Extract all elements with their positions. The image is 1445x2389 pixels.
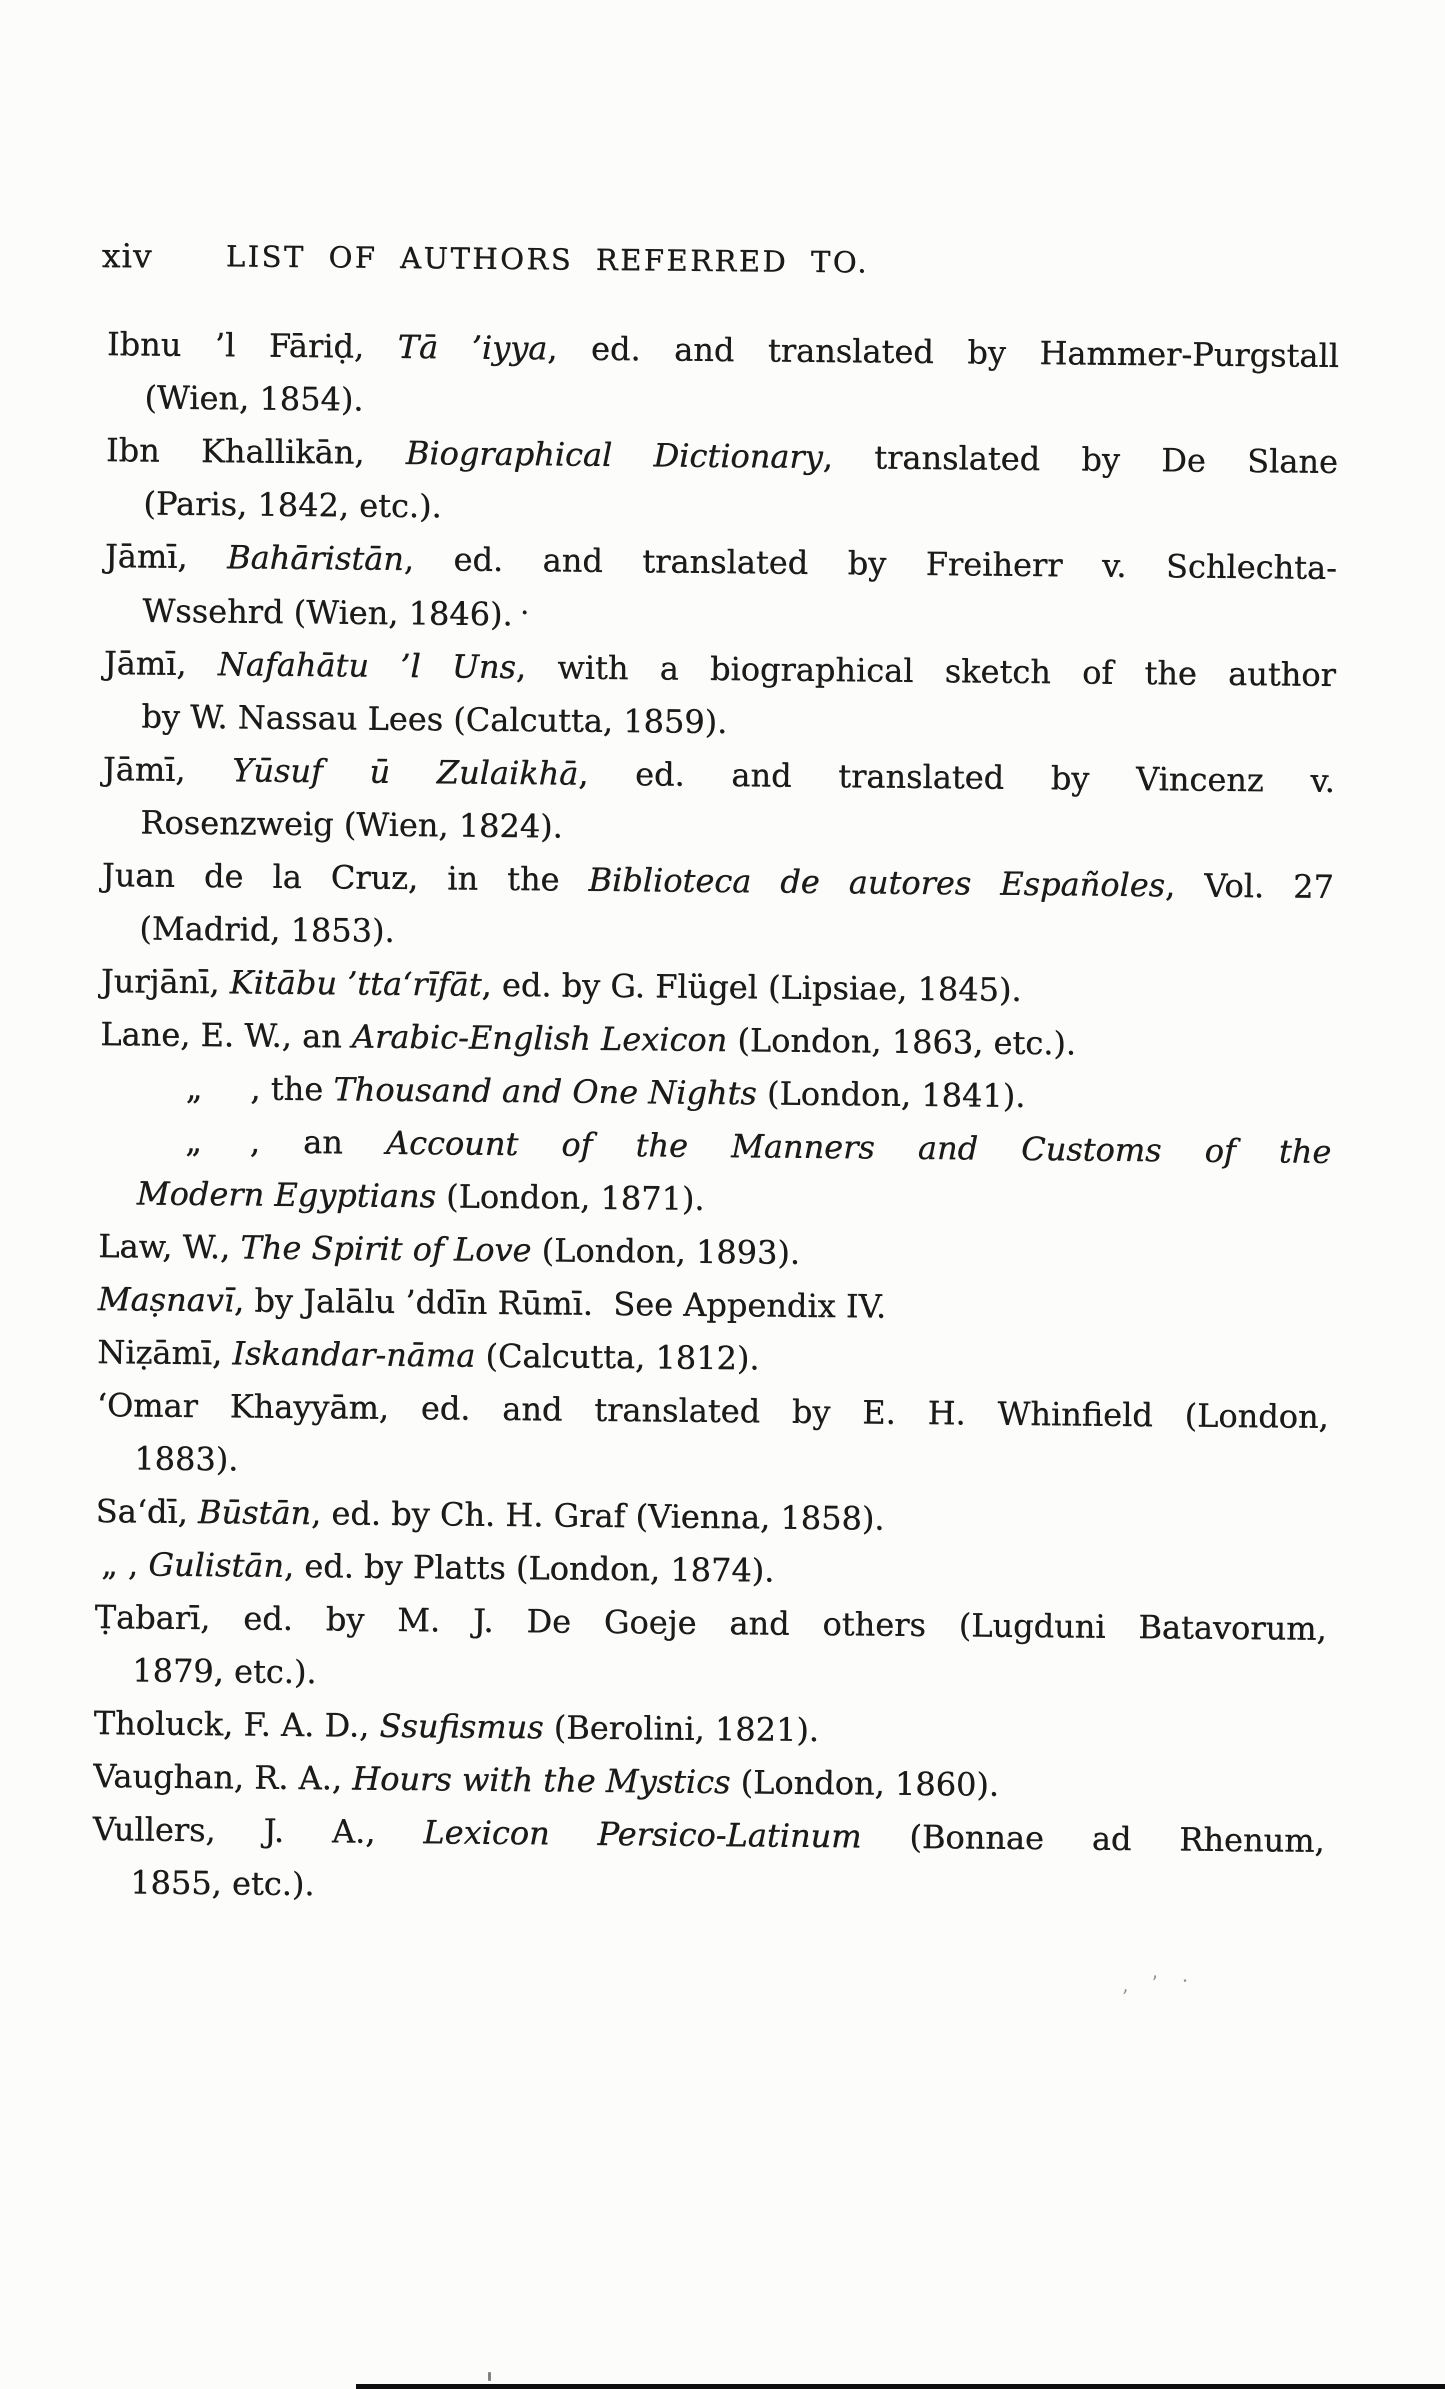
entry-text: (London, 1893). [531, 1231, 800, 1272]
entry-text: , ed. by G. Flügel (Lipsiae, 1845). [481, 966, 1021, 1009]
entry-text: „ , the [186, 1069, 334, 1108]
entry-text: Jāmī, [103, 750, 233, 789]
entry-text: (Berolini, 1821). [543, 1709, 819, 1750]
entry-text: (Bonnae ad Rhenum, [861, 1818, 1325, 1860]
entry-text: (Paris, 1842, etc.). [143, 484, 442, 525]
entry-text: 1879, etc.). [132, 1652, 317, 1692]
entry-text: Niẓāmī, [97, 1333, 232, 1372]
book-title: Yūsuf ū Zulaikhā [232, 752, 578, 793]
entry-text: „ , [101, 1545, 148, 1583]
entry-text: , ed. by Platts (London, 1874). [284, 1547, 775, 1590]
entry-text: , Vol. 27 [1165, 866, 1334, 906]
entry-text: Vullers, J. A., [93, 1810, 424, 1851]
entry-text: Ibnu ’l Fāriḍ, [107, 325, 398, 366]
book-title: Thousand and One Nights [333, 1071, 757, 1113]
entry-text: (Calcutta, 1812). [475, 1337, 760, 1378]
entry-text: , ed. and translated by Freiherr v. Schl… [404, 540, 1337, 587]
book-title: Account of the Manners and Customs of th… [386, 1124, 1332, 1171]
page-title: LIST OF AUTHORS REFERRED TO. [226, 239, 870, 279]
entry-text: Juan de la Cruz, in the [102, 856, 589, 899]
entry-text: , by Jalālu ’ddīn Rūmī. See Appendix IV. [234, 1282, 886, 1326]
entry-text: Law, W., [98, 1227, 240, 1266]
page-header: xiv LIST OF AUTHORS REFERRED TO. [107, 234, 1340, 330]
book-title: Nafahātu ’l Uns [218, 645, 516, 686]
scanned-book-page: xiv LIST OF AUTHORS REFERRED TO. Ibnu ’l… [0, 0, 1445, 2389]
entry-text: , ed. by Ch. H. Graf (Vienna, 1858). [311, 1494, 885, 1538]
entry-text: Rosenzweig (Wien, 1824). [140, 804, 563, 846]
entry-text: ‘Omar Khayyām, ed. and translated by E. … [97, 1386, 1329, 1436]
entry-text: Jāmī, [105, 537, 228, 576]
entry-text: (Madrid, 1853). [139, 910, 395, 950]
entry-text: Ibn Khallikān, [106, 431, 406, 472]
entry-text: (London, 1871). [436, 1178, 705, 1219]
entry-text: • [513, 606, 529, 621]
entry-text: Jurjānī, [101, 962, 230, 1001]
entry-text: Tholuck, F. A. D., [94, 1704, 380, 1745]
book-title: Tā ’iyya [397, 328, 547, 367]
entry-text: Lane, E. W., an [100, 1015, 352, 1055]
entry-text: Wssehrd (Wien, 1846). [142, 592, 513, 634]
book-title: Arabic-English Lexicon [352, 1018, 728, 1060]
book-title: Ssufismus [379, 1707, 543, 1747]
book-title: Biblioteca de autores Españoles [588, 861, 1165, 905]
entry-text: , translated by De Slane [823, 438, 1338, 481]
book-title: Bahāristān [227, 538, 404, 578]
book-title: Gulistān [148, 1546, 284, 1585]
entry-text: (London, 1841). [757, 1075, 1026, 1116]
scan-speck-dot [488, 2372, 491, 2381]
scan-edge-artifact-bar [356, 2384, 1445, 2389]
book-title: Kitābu ’tta‘rīfāt [230, 964, 482, 1004]
entry-text: Vaughan, R. A., [93, 1757, 352, 1797]
book-title: The Spirit of Love [240, 1229, 531, 1270]
book-title: Hours with the Mystics [352, 1760, 731, 1802]
book-title: Lexicon Persico-Latinum [423, 1813, 862, 1855]
book-title: Biographical Dictionary [406, 434, 823, 476]
entry-text: (London, 1860). [730, 1763, 999, 1804]
book-title: Modern Egyptians [137, 1175, 436, 1216]
entry-text: (Wien, 1854). [144, 378, 363, 418]
entry-text: Sa‘dī, [96, 1492, 199, 1531]
entry-text: Jāmī, [104, 644, 218, 683]
page-number: xiv [102, 236, 153, 275]
entry-text: (London, 1863, etc.). [727, 1021, 1076, 1062]
entry-text: „ , an [185, 1122, 386, 1162]
author-list: Ibnu ’l Fāriḍ, Tā ’iyya, ed. and transla… [92, 318, 1339, 1921]
entry-text: by W. Nassau Lees (Calcutta, 1859). [141, 698, 727, 742]
entry-text: , with a biographical sketch of the auth… [516, 648, 1336, 694]
book-title: Iskandar-nāma [232, 1335, 475, 1375]
scan-speck-marks: , ’ · [1121, 1969, 1198, 1996]
page-content: xiv LIST OF AUTHORS REFERRED TO. Ibnu ’l… [92, 234, 1340, 1921]
entry-text: 1883). [134, 1440, 238, 1479]
entry-text: Ṭabarī, ed. by M. J. De Goeje and others… [95, 1598, 1327, 1648]
book-title: Maṣnavī [98, 1280, 235, 1319]
entry-text: , ed. and translated by Vincenz v. [578, 755, 1335, 800]
entry-text: 1855, etc.). [130, 1864, 315, 1904]
book-title: Būstān [198, 1493, 311, 1532]
entry-text: , ed. and translated by Hammer-Purgstall [547, 329, 1339, 375]
